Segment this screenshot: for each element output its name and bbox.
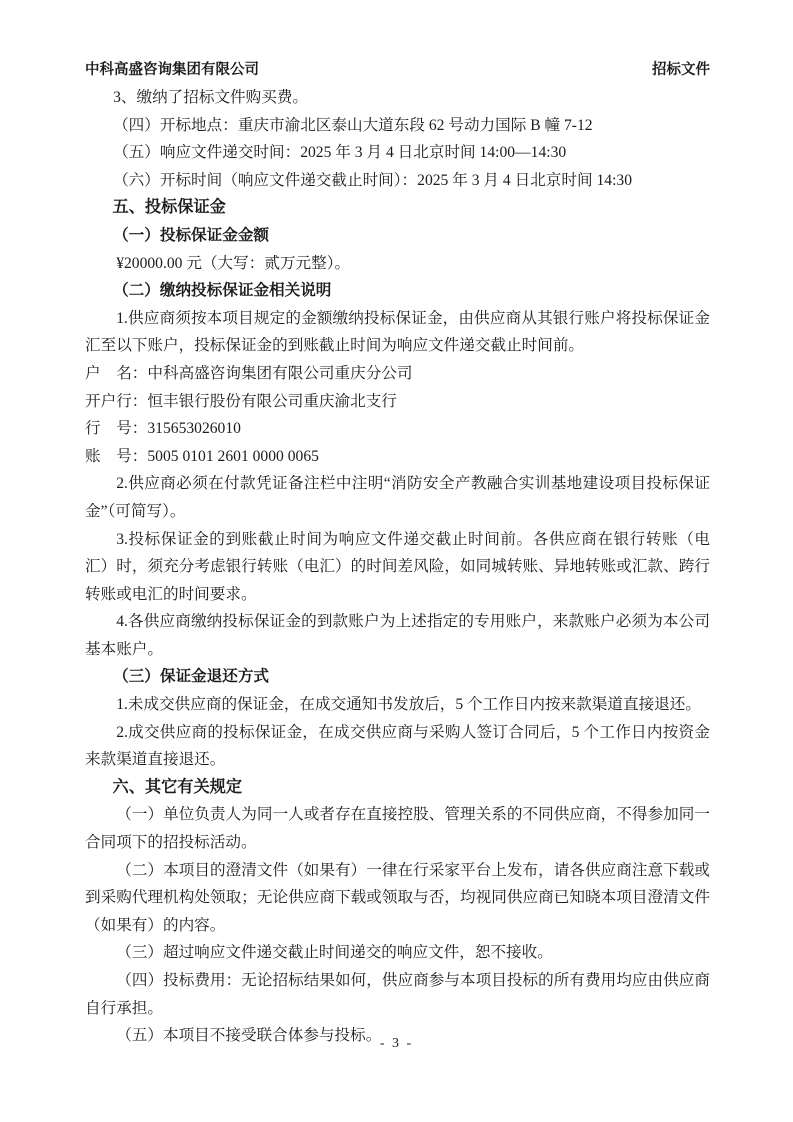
paragraph-bond-payment-3: 3.投标保证金的到账截止时间为响应文件递交截止时间前。各供应商在银行转账（电汇）…	[85, 526, 710, 609]
list-item-submission-time: （五）响应文件递交时间：2025 年 3 月 4 日北京时间 14:00—14:…	[85, 139, 710, 167]
paragraph-bond-refund-2: 2.成交供应商的投标保证金，在成交供应商与采购人签订合同后，5 个工作日内按资金…	[85, 719, 710, 774]
subheading-bond-payment: （二）缴纳投标保证金相关说明	[85, 277, 710, 305]
list-item-3: 3、缴纳了招标文件购买费。	[85, 84, 710, 112]
paragraph-other-rule-3: （三）超过响应文件递交截止时间递交的响应文件，恕不接收。	[85, 939, 710, 967]
paragraph-bond-payment-1: 1.供应商须按本项目规定的金额缴纳投标保证金，由供应商从其银行账户将投标保证金汇…	[85, 305, 710, 360]
paragraph-other-rule-4: （四）投标费用：无论招标结果如何，供应商参与本项目投标的所有费用均应由供应商自行…	[85, 967, 710, 1022]
paragraph-other-rule-2: （二）本项目的澄清文件（如果有）一律在行采家平台上发布，请各供应商注意下载或到采…	[85, 857, 710, 940]
paragraph-bond-payment-2: 2.供应商必须在付款凭证备注栏中注明“消防安全产教融合实训基地建设项目投标保证金…	[85, 470, 710, 525]
subheading-bond-amount: （一）投标保证金金额	[85, 222, 710, 250]
paragraph-bond-payment-4: 4.各供应商缴纳投标保证金的到款账户为上述指定的专用账户，来款账户必须为本公司基…	[85, 608, 710, 663]
account-bank-number: 行 号：315653026010	[85, 415, 710, 443]
page-header: 中科高盛咨询集团有限公司 招标文件	[85, 60, 710, 80]
document-body: 3、缴纳了招标文件购买费。 （四）开标地点：重庆市渝北区泰山大道东段 62 号动…	[85, 84, 710, 1050]
list-item-opening-time: （六）开标时间（响应文件递交截止时间）：2025 年 3 月 4 日北京时间 1…	[85, 167, 710, 195]
paragraph-other-rule-1: （一）单位负责人为同一人或者存在直接控股、管理关系的不同供应商，不得参加同一合同…	[85, 801, 710, 856]
header-company-name: 中科高盛咨询集团有限公司	[85, 60, 259, 80]
account-bank-name: 开户行：恒丰银行股份有限公司重庆渝北支行	[85, 388, 710, 416]
account-number: 账 号：5005 0101 2601 0000 0065	[85, 443, 710, 471]
paragraph-bond-amount-value: ¥20000.00 元（大写：贰万元整）。	[85, 250, 710, 278]
header-doc-type: 招标文件	[652, 60, 710, 80]
paragraph-bond-refund-1: 1.未成交供应商的保证金，在成交通知书发放后，5 个工作日内按来款渠道直接退还。	[85, 691, 710, 719]
page-number: - 3 -	[380, 1036, 413, 1051]
page-footer: - 3 -	[0, 1034, 793, 1054]
document-page: 中科高盛咨询集团有限公司 招标文件 3、缴纳了招标文件购买费。 （四）开标地点：…	[0, 0, 793, 1122]
section-heading-other-rules: 六、其它有关规定	[85, 774, 710, 802]
section-heading-bid-bond: 五、投标保证金	[85, 194, 710, 222]
account-holder-name: 户 名：中科高盛咨询集团有限公司重庆分公司	[85, 360, 710, 388]
list-item-opening-location: （四）开标地点：重庆市渝北区泰山大道东段 62 号动力国际 B 幢 7-12	[85, 112, 710, 140]
subheading-bond-refund: （三）保证金退还方式	[85, 663, 710, 691]
